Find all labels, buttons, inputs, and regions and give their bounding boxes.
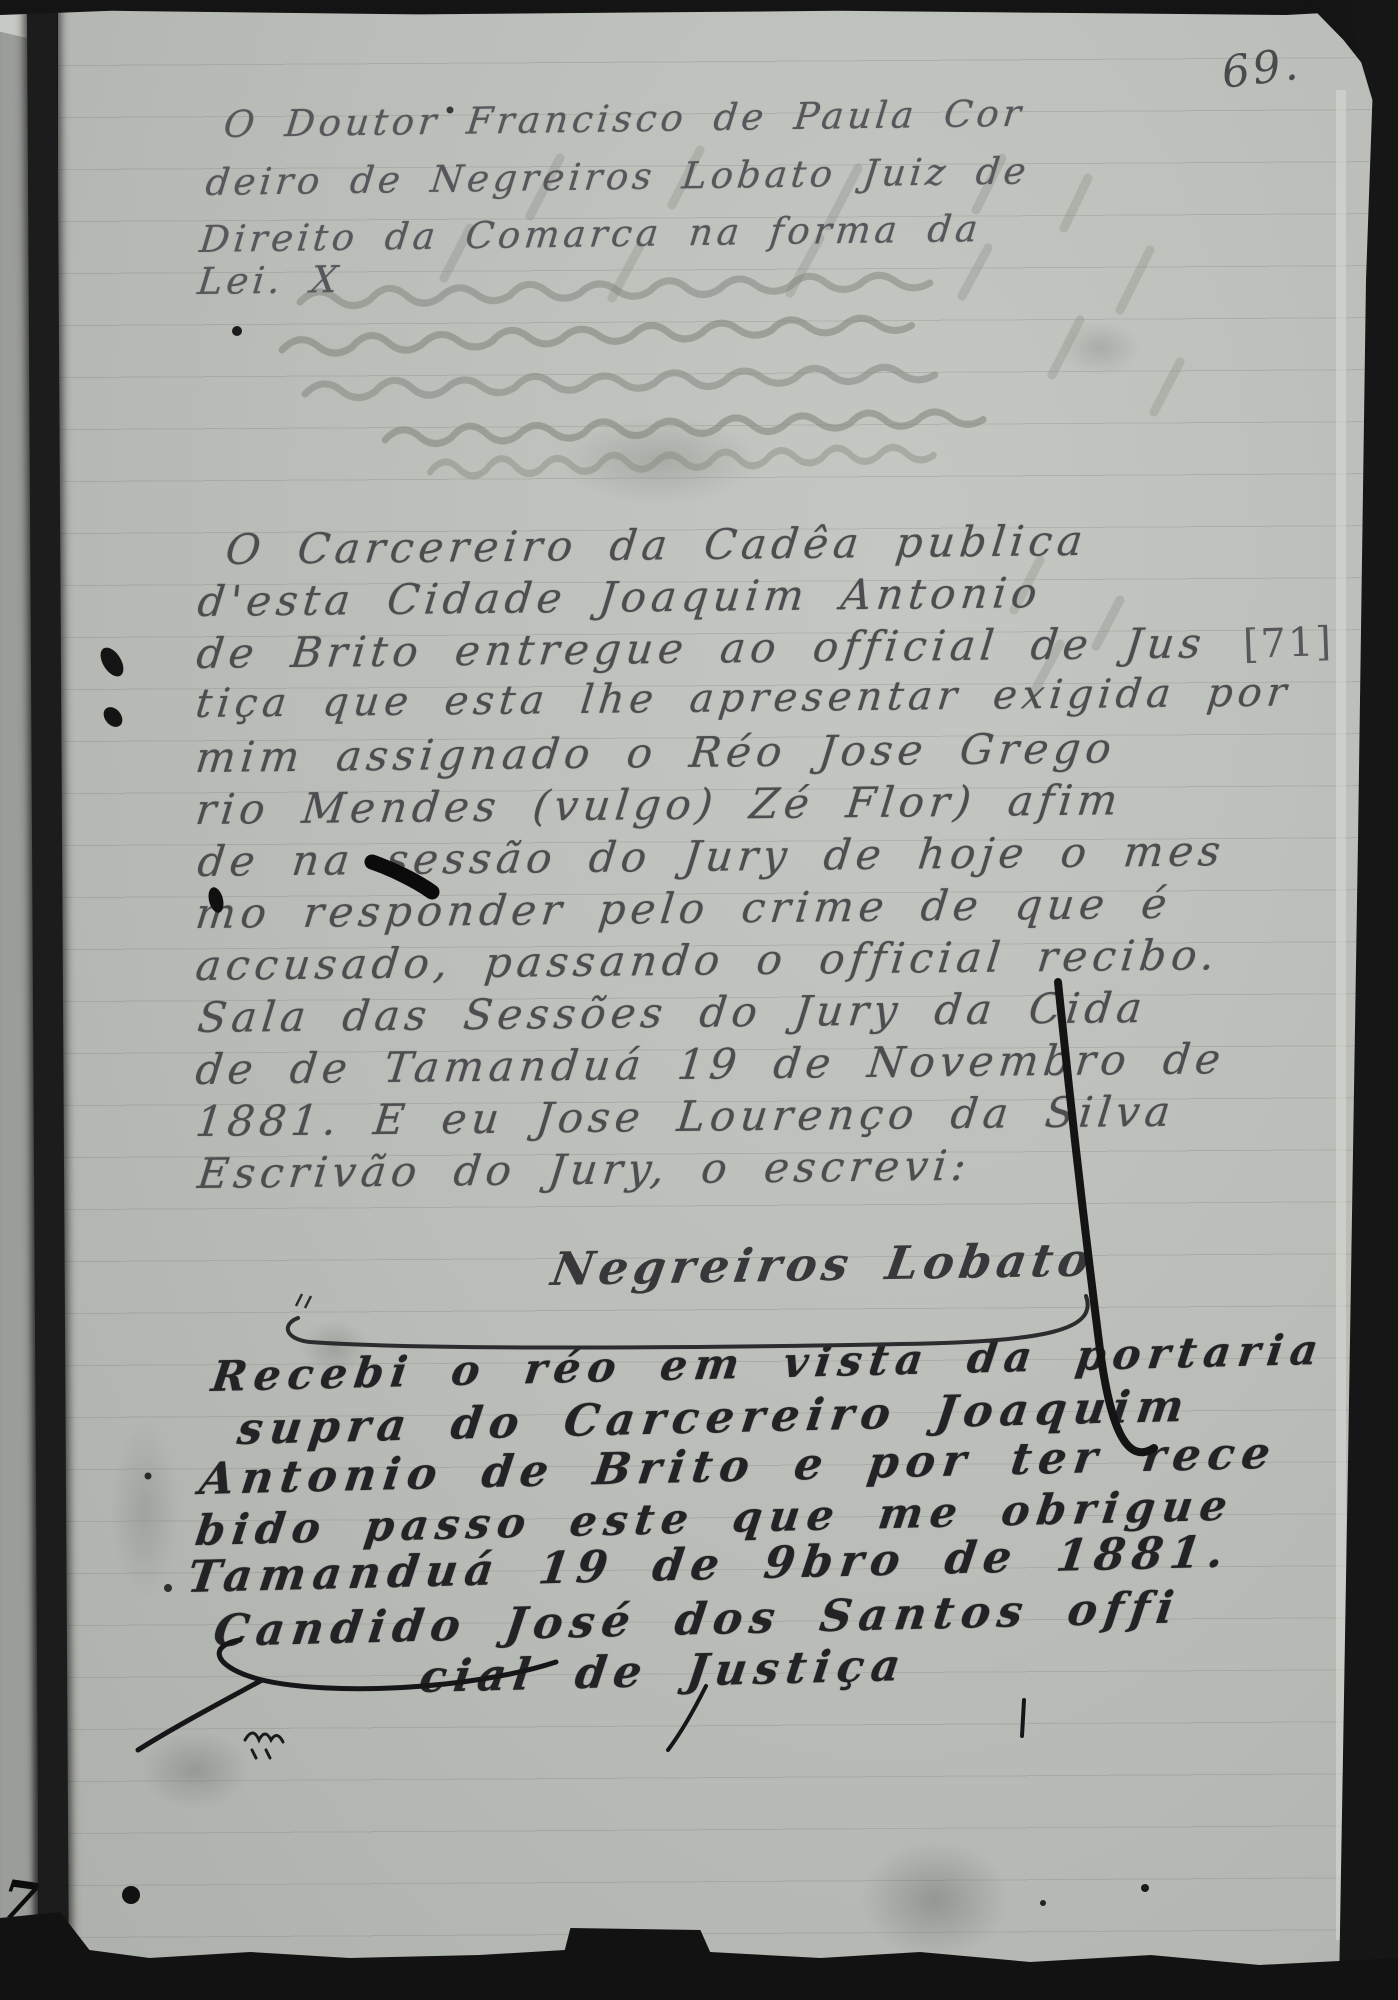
body-line: Escrivão do Jury, o escrevi: (195, 1141, 973, 1198)
scanned-document: 69. [71] O Doutor Francisco de Paula Cor… (0, 0, 1398, 2000)
body-line: Sala das Sessões do Jury da Cida (195, 983, 1149, 1042)
body-line: 1881. E eu Jose Lourenço da Silva (193, 1087, 1178, 1146)
body-line: mo responder pelo crime de que é (193, 879, 1174, 938)
body-line: mim assignado o Réo Jose Grego (193, 723, 1118, 782)
margin-annotation: [71] (1242, 619, 1334, 668)
folio-number: 69. (1219, 39, 1304, 99)
body-line: d'esta Cidade Joaquim Antonio (195, 568, 1044, 626)
body-line: rio Mendes (vulgo) Zé Flor) afim (193, 775, 1125, 834)
body-line: O Carcereiro da Cadêa publica (223, 516, 1090, 574)
page-edge-highlight (1336, 90, 1346, 1940)
heading-line: Lei. X (196, 258, 344, 303)
signature: Negreiros Lobato (548, 1233, 1098, 1296)
